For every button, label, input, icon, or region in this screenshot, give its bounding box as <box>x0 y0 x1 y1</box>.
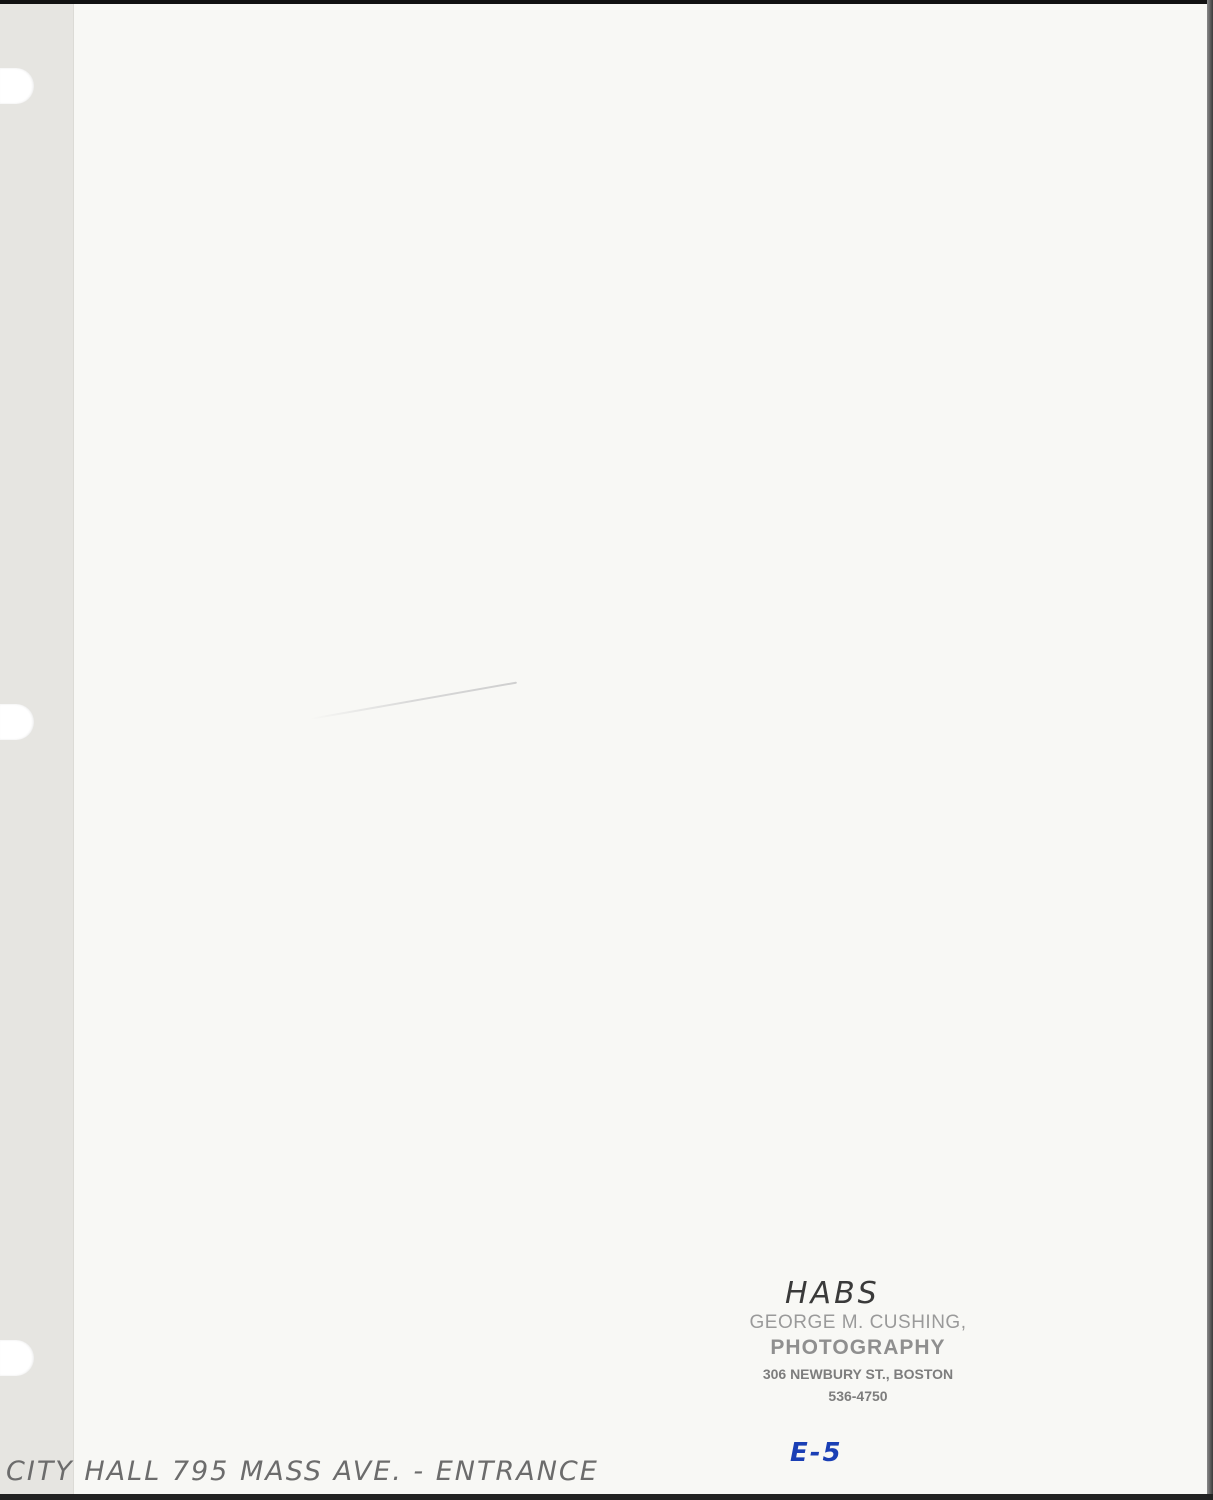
scan-right-edge <box>1207 0 1213 1500</box>
stamp-address: 306 NEWBURY ST., BOSTON <box>738 1366 978 1382</box>
photo-back-sheet <box>0 4 1207 1494</box>
punch-hole <box>0 1340 34 1376</box>
stamp-phone: 536-4750 <box>738 1388 978 1404</box>
scan-bottom-edge <box>0 1494 1213 1500</box>
photographer-stamp: GEORGE M. CUSHING, PHOTOGRAPHY 306 NEWBU… <box>738 1312 978 1404</box>
photo-number: E-5 <box>790 1438 843 1468</box>
punch-hole <box>0 68 34 104</box>
binding-strip <box>0 4 74 1494</box>
stamp-photographer: GEORGE M. CUSHING, <box>738 1312 978 1334</box>
handwritten-caption: CITY HALL 795 MASS AVE. - ENTRANCE <box>6 1456 599 1487</box>
habs-label: HABS <box>785 1276 880 1311</box>
punch-hole <box>0 704 34 740</box>
stamp-business: PHOTOGRAPHY <box>738 1336 978 1360</box>
